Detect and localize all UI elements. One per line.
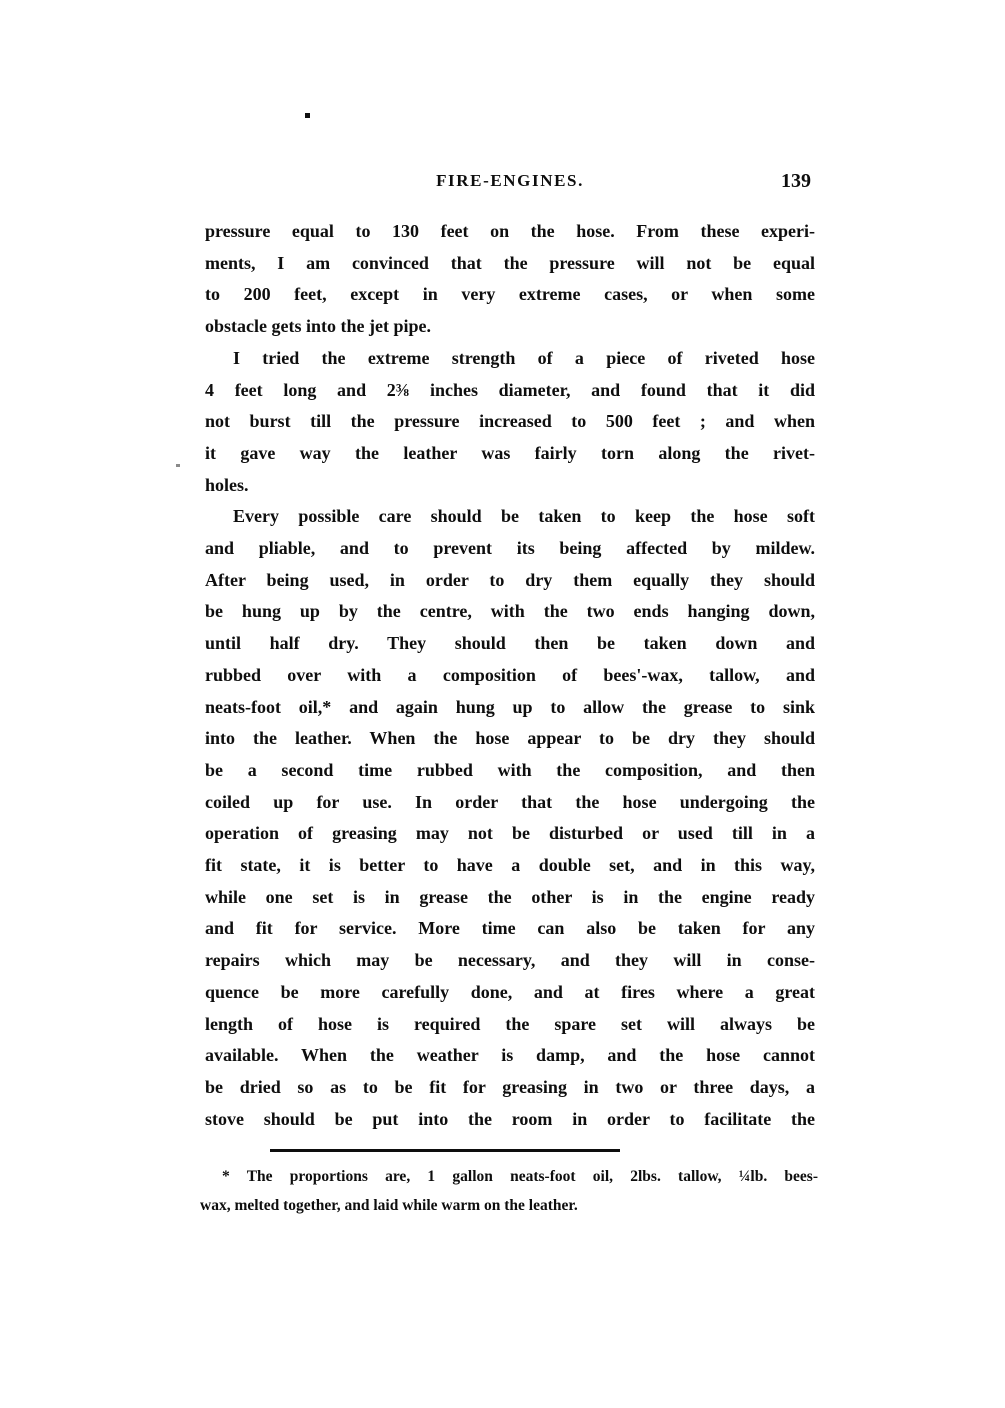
- text-line: and fit for service. More time can also …: [205, 913, 815, 945]
- text-line: rubbed over with a composition of bees'-…: [205, 660, 815, 692]
- text-line: I tried the extreme strength of a piece …: [205, 343, 815, 375]
- text-line: available. When the weather is damp, and…: [205, 1040, 815, 1072]
- text-line: be hung up by the centre, with the two e…: [205, 596, 815, 628]
- body-text: pressure equal to 130 feet on the hose. …: [205, 216, 815, 1135]
- text-line: length of hose is required the spare set…: [205, 1009, 815, 1041]
- text-line: neats-foot oil,* and again hung up to al…: [205, 692, 815, 724]
- text-line: repairs which may be necessary, and they…: [205, 945, 815, 977]
- footnote-rule: [270, 1149, 620, 1152]
- footnote-line: * The proportions are, 1 gallon neats-fo…: [200, 1162, 818, 1191]
- page-number: 139: [781, 168, 811, 194]
- text-line: coiled up for use. In order that the hos…: [205, 787, 815, 819]
- text-line: fit state, it is better to have a double…: [205, 850, 815, 882]
- text-line: obstacle gets into the jet pipe.: [205, 311, 815, 343]
- text-line: not burst till the pressure increased to…: [205, 406, 815, 438]
- footnote-line: wax, melted together, and laid while war…: [200, 1191, 818, 1220]
- text-line: holes.: [205, 470, 815, 502]
- text-line: while one set is in grease the other is …: [205, 882, 815, 914]
- text-line: until half dry. They should then be take…: [205, 628, 815, 660]
- text-line: to 200 feet, except in very extreme case…: [205, 279, 815, 311]
- text-line: be dried so as to be fit for greasing in…: [205, 1072, 815, 1104]
- text-line: operation of greasing may not be disturb…: [205, 818, 815, 850]
- text-line: be a second time rubbed with the composi…: [205, 755, 815, 787]
- text-line: 4 feet long and 2⅜ inches diameter, and …: [205, 375, 815, 407]
- running-header: FIRE-ENGINES. 139: [205, 168, 815, 198]
- text-line: it gave way the leather was fairly torn …: [205, 438, 815, 470]
- text-line: into the leather. When the hose appear t…: [205, 723, 815, 755]
- paragraph: pressure equal to 130 feet on the hose. …: [205, 216, 815, 343]
- text-line: stove should be put into the room in ord…: [205, 1104, 815, 1136]
- text-line: quence be more carefully done, and at fi…: [205, 977, 815, 1009]
- scan-speck: [305, 113, 310, 118]
- running-title: FIRE-ENGINES.: [205, 168, 815, 194]
- footnote: * The proportions are, 1 gallon neats-fo…: [200, 1162, 818, 1220]
- text-line: and pliable, and to prevent its being af…: [205, 533, 815, 565]
- paragraph: Every possible care should be taken to k…: [205, 501, 815, 1135]
- text-line: ments, I am convinced that the pressure …: [205, 248, 815, 280]
- paragraph: I tried the extreme strength of a piece …: [205, 343, 815, 502]
- scanned-book-page: FIRE-ENGINES. 139 pressure equal to 130 …: [0, 0, 1005, 1408]
- scan-speck: [176, 464, 180, 467]
- text-line: Every possible care should be taken to k…: [205, 501, 815, 533]
- text-line: pressure equal to 130 feet on the hose. …: [205, 216, 815, 248]
- text-line: After being used, in order to dry them e…: [205, 565, 815, 597]
